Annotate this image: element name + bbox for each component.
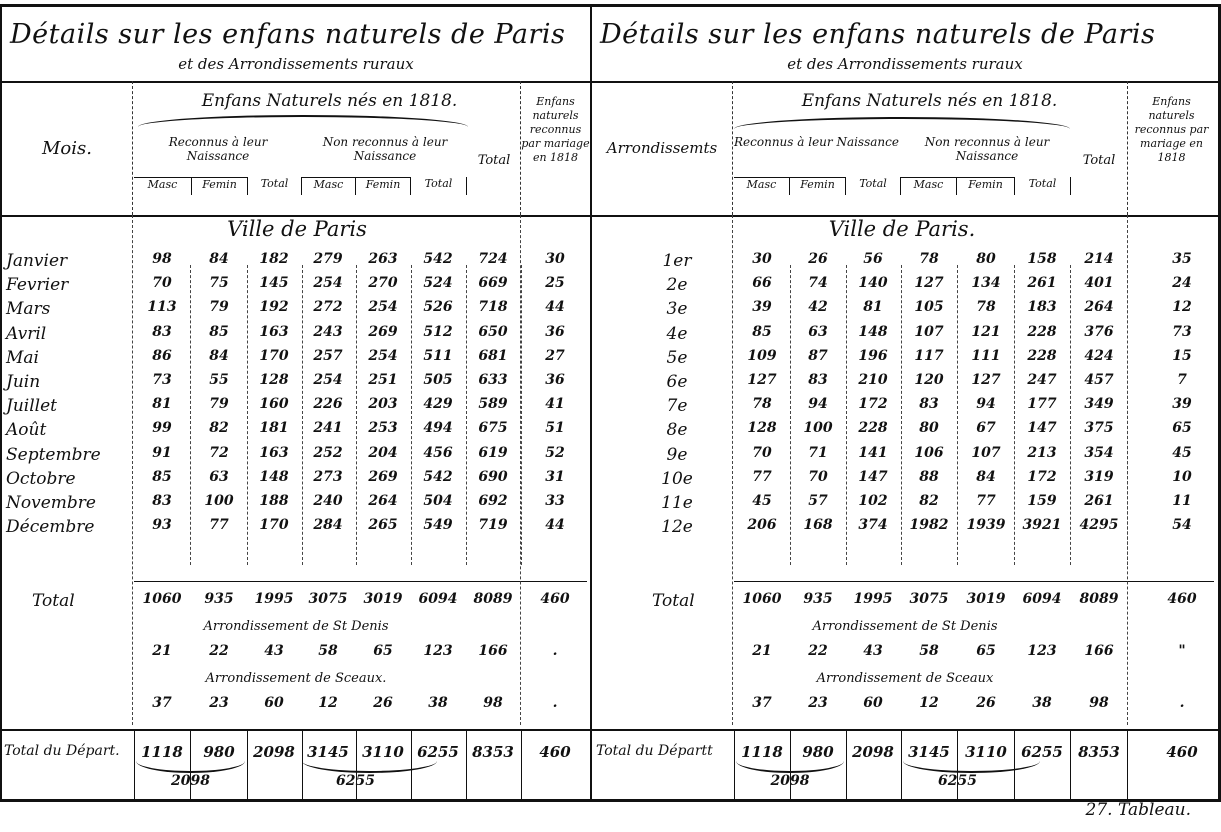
row-label: Juillet xyxy=(6,396,134,416)
table-row: Décembre937717028426554971944 xyxy=(2,517,590,539)
table-row: Septembre917216325220445661952 xyxy=(2,445,590,467)
column-rule xyxy=(1070,265,1071,565)
cell: 51 xyxy=(527,420,583,436)
cell: 1982 xyxy=(901,517,957,533)
page-subtitle: et des Arrondissements ruraux xyxy=(592,55,1218,73)
column-rule xyxy=(790,265,791,565)
cell: 254 xyxy=(300,372,356,388)
cell: 65 xyxy=(1154,420,1210,436)
table-row: Fevrier707514525427052466925 xyxy=(2,275,590,297)
cell: 82 xyxy=(901,493,957,509)
cell: 7 xyxy=(1154,372,1210,388)
cell: 87 xyxy=(790,348,846,364)
cell: 45 xyxy=(1154,445,1210,461)
leaf-header-femin: Femin xyxy=(957,177,1015,195)
cell: 252 xyxy=(300,445,356,461)
column-header: Mois. Enfans Naturels nés en 1818. Recon… xyxy=(2,81,590,217)
cell: 81 xyxy=(845,299,901,315)
cell: 177 xyxy=(1014,396,1070,412)
cell: 57 xyxy=(790,493,846,509)
column-rule xyxy=(1014,265,1015,565)
brace xyxy=(302,761,437,773)
cell: 100 xyxy=(191,493,247,509)
cell: 73 xyxy=(1154,324,1210,340)
row-label: 6e xyxy=(632,372,722,392)
cell: 109 xyxy=(734,348,790,364)
table-row: 4e856314810712122837673 xyxy=(592,324,1218,346)
table-by-arrondissement: Détails sur les enfans naturels de Paris… xyxy=(592,7,1221,799)
cell: 257 xyxy=(300,348,356,364)
cell: 203 xyxy=(355,396,411,412)
recognized-header: Reconnus à leur Naissance xyxy=(138,135,298,163)
cell: 8089 xyxy=(465,591,521,607)
cell: 1060 xyxy=(134,591,190,607)
cell: 251 xyxy=(355,372,411,388)
cell: 83 xyxy=(134,324,190,340)
grand-total-row: Total du Départ.111898020983145311062558… xyxy=(2,729,590,799)
cell: 54 xyxy=(1154,517,1210,533)
row-label: 7e xyxy=(632,396,722,416)
cell: 78 xyxy=(958,299,1014,315)
cell: 3075 xyxy=(300,591,356,607)
row-label: 2e xyxy=(632,275,722,295)
cell: 44 xyxy=(527,299,583,315)
cell: 247 xyxy=(1014,372,1070,388)
cell: 1995 xyxy=(246,591,302,607)
cell: 39 xyxy=(734,299,790,315)
leaf-header-total: Total xyxy=(846,177,901,195)
not-recognized-header: Non reconnus à leur Naissance xyxy=(302,135,468,163)
leaf-header-total: Total xyxy=(1015,177,1071,195)
cell: 263 xyxy=(355,251,411,267)
cell: 123 xyxy=(410,643,466,659)
cell: 681 xyxy=(465,348,521,364)
cell: 98 xyxy=(134,251,190,267)
cell: 429 xyxy=(410,396,466,412)
cell: 67 xyxy=(958,420,1014,436)
cell: 31 xyxy=(527,469,583,485)
cell: 3019 xyxy=(958,591,1014,607)
cell: 4295 xyxy=(1071,517,1127,533)
recognized-header: Reconnus à leur Naissance xyxy=(734,135,899,149)
cell: 117 xyxy=(901,348,957,364)
not-recognized-header: Non reconnus à leur Naissance xyxy=(902,135,1072,163)
row-label: Mai xyxy=(6,348,134,368)
leaf-header-femin: Femin xyxy=(790,177,846,195)
cell: 166 xyxy=(1071,643,1127,659)
table-row: 9e707114110610721335445 xyxy=(592,445,1218,467)
table-row: Avril838516324326951265036 xyxy=(2,324,590,346)
cell: 935 xyxy=(790,591,846,607)
cell: 183 xyxy=(1014,299,1070,315)
cell: 460 xyxy=(1154,591,1210,607)
cell: 65 xyxy=(355,643,411,659)
cell: 98 xyxy=(465,695,521,711)
column-rule xyxy=(734,731,735,799)
table-row: 10e7770147888417231910 xyxy=(592,469,1218,491)
brace xyxy=(903,761,1040,773)
cell: 254 xyxy=(355,348,411,364)
column-rule xyxy=(790,731,791,799)
cell: 120 xyxy=(901,372,957,388)
cell: 1118 xyxy=(734,743,790,761)
cell: 168 xyxy=(790,517,846,533)
cell: 88 xyxy=(901,469,957,485)
page-title: Détails sur les enfans naturels de Paris xyxy=(10,19,565,50)
cell: 6255 xyxy=(1014,743,1070,761)
column-rule xyxy=(247,265,248,565)
cell: 6094 xyxy=(410,591,466,607)
cell: 6094 xyxy=(1014,591,1070,607)
cell: 542 xyxy=(410,251,466,267)
cell: 78 xyxy=(734,396,790,412)
row-label: 8e xyxy=(632,420,722,440)
cell: 35 xyxy=(1154,251,1210,267)
total-header: Total xyxy=(1071,153,1127,168)
sceaux-row: 37236012263898. xyxy=(592,695,1218,717)
cell: 12 xyxy=(1154,299,1210,315)
column-rule xyxy=(901,731,902,799)
cell: . xyxy=(527,643,583,659)
cell: 147 xyxy=(1014,420,1070,436)
row-label: 5e xyxy=(632,348,722,368)
cell: 669 xyxy=(465,275,521,291)
cell: 100 xyxy=(790,420,846,436)
cell: 94 xyxy=(790,396,846,412)
cell: 84 xyxy=(191,251,247,267)
cell: 39 xyxy=(1154,396,1210,412)
cell: 170 xyxy=(246,348,302,364)
cell: 93 xyxy=(134,517,190,533)
cell: 77 xyxy=(191,517,247,533)
cell: 22 xyxy=(790,643,846,659)
column-rule xyxy=(1127,215,1128,725)
cell: 58 xyxy=(901,643,957,659)
cell: 8089 xyxy=(1071,591,1127,607)
cell: 980 xyxy=(191,743,247,761)
cell: 181 xyxy=(246,420,302,436)
cell: 123 xyxy=(1014,643,1070,659)
cell: 3921 xyxy=(1014,517,1070,533)
cell: 163 xyxy=(246,324,302,340)
row-label: Août xyxy=(6,420,134,440)
column-header: Arrondissemts Enfans Naturels nés en 181… xyxy=(592,81,1218,217)
cell: 148 xyxy=(845,324,901,340)
row-label: Total du Départt xyxy=(596,743,713,759)
leaf-header-masc: Masc xyxy=(901,177,957,195)
cell: 102 xyxy=(845,493,901,509)
column-rule xyxy=(1014,731,1015,799)
cell: 460 xyxy=(527,591,583,607)
table-row: 12e206168374198219393921429554 xyxy=(592,517,1218,539)
cell: 78 xyxy=(901,251,957,267)
cell: 41 xyxy=(527,396,583,412)
cell: 43 xyxy=(845,643,901,659)
cell: 460 xyxy=(527,743,583,761)
cell: . xyxy=(1154,695,1210,711)
column-rule xyxy=(957,265,958,565)
subsection-st-denis: Arrondissement de St Denis xyxy=(2,619,590,634)
column-rule xyxy=(732,215,733,725)
cell: 91 xyxy=(134,445,190,461)
cell: 226 xyxy=(300,396,356,412)
cell: 279 xyxy=(300,251,356,267)
cell: 75 xyxy=(191,275,247,291)
row-label: Décembre xyxy=(6,517,134,537)
cell: 71 xyxy=(790,445,846,461)
cell: 30 xyxy=(734,251,790,267)
cell: 43 xyxy=(246,643,302,659)
cell: 196 xyxy=(845,348,901,364)
cell: 56 xyxy=(845,251,901,267)
cell: 128 xyxy=(246,372,302,388)
row-label: 12e xyxy=(632,517,722,537)
cell: 27 xyxy=(527,348,583,364)
cell: 70 xyxy=(134,275,190,291)
cell: 589 xyxy=(465,396,521,412)
cell: 63 xyxy=(191,469,247,485)
column-rule xyxy=(302,731,303,799)
cell: 63 xyxy=(790,324,846,340)
cell: 3019 xyxy=(355,591,411,607)
cell: 79 xyxy=(191,396,247,412)
row-label: 10e xyxy=(632,469,722,489)
cell: 424 xyxy=(1071,348,1127,364)
cell: 3110 xyxy=(355,743,411,761)
cell: 253 xyxy=(355,420,411,436)
cell: 23 xyxy=(191,695,247,711)
row-label: 4e xyxy=(632,324,722,344)
table-row: Juillet817916022620342958941 xyxy=(2,396,590,418)
cell: 456 xyxy=(410,445,466,461)
cell: 83 xyxy=(134,493,190,509)
cell: 724 xyxy=(465,251,521,267)
cell: 524 xyxy=(410,275,466,291)
cell: 542 xyxy=(410,469,466,485)
cell: 21 xyxy=(134,643,190,659)
cell: 349 xyxy=(1071,396,1127,412)
cell: 21 xyxy=(734,643,790,659)
cell: 23 xyxy=(790,695,846,711)
cell: 15 xyxy=(1154,348,1210,364)
cell: 85 xyxy=(734,324,790,340)
cell: 241 xyxy=(300,420,356,436)
cell: 214 xyxy=(1071,251,1127,267)
cell: 269 xyxy=(355,324,411,340)
cell: 12 xyxy=(300,695,356,711)
cell: 83 xyxy=(790,372,846,388)
group-title: Enfans Naturels nés en 1818. xyxy=(737,91,1122,111)
table-row: Mars1137919227225452671844 xyxy=(2,299,590,321)
cell: 935 xyxy=(191,591,247,607)
cell: 10 xyxy=(1154,469,1210,485)
table-row: 3e3942811057818326412 xyxy=(592,299,1218,321)
leaf-header-masc: Masc xyxy=(734,177,790,195)
cell: 619 xyxy=(465,445,521,461)
cell: 42 xyxy=(790,299,846,315)
sceaux-row: 37236012263898. xyxy=(2,695,590,717)
cell: 270 xyxy=(355,275,411,291)
cell: 264 xyxy=(355,493,411,509)
cell: 25 xyxy=(527,275,583,291)
cell: 375 xyxy=(1071,420,1127,436)
cell: 80 xyxy=(958,251,1014,267)
cell: 494 xyxy=(410,420,466,436)
cell: 2098 xyxy=(845,743,901,761)
cell: 8353 xyxy=(465,743,521,761)
row-label: Juin xyxy=(6,372,134,392)
cell: 113 xyxy=(134,299,190,315)
st-denis-row: 2122435865123166. xyxy=(2,643,590,665)
table-row: 11e4557102827715926111 xyxy=(592,493,1218,515)
cell: 127 xyxy=(958,372,1014,388)
column-rule xyxy=(134,731,135,799)
total-header: Total xyxy=(468,153,520,168)
cell: 675 xyxy=(465,420,521,436)
cell: 166 xyxy=(465,643,521,659)
row-label: Janvier xyxy=(6,251,134,271)
cell: 980 xyxy=(790,743,846,761)
cell: 99 xyxy=(134,420,190,436)
cell: 210 xyxy=(845,372,901,388)
cell: 261 xyxy=(1071,493,1127,509)
cell: 70 xyxy=(734,445,790,461)
cell: 79 xyxy=(191,299,247,315)
cell: 80 xyxy=(901,420,957,436)
cell: 85 xyxy=(191,324,247,340)
cell: 26 xyxy=(355,695,411,711)
cell: 272 xyxy=(300,299,356,315)
cell: 127 xyxy=(734,372,790,388)
cell: 26 xyxy=(958,695,1014,711)
cell: 3075 xyxy=(901,591,957,607)
cell: 504 xyxy=(410,493,466,509)
cell: 376 xyxy=(1071,324,1127,340)
cell: 182 xyxy=(246,251,302,267)
column-rule xyxy=(901,265,902,565)
st-denis-row: 2122435865123166" xyxy=(592,643,1218,665)
row-label: Octobre xyxy=(6,469,134,489)
cell: 82 xyxy=(191,420,247,436)
cell: 37 xyxy=(134,695,190,711)
cell: 213 xyxy=(1014,445,1070,461)
table-number-caption: 27. Tableau. xyxy=(1086,800,1191,820)
total-row: Total106093519953075301960948089460 xyxy=(592,591,1218,613)
total-rule xyxy=(734,581,1214,582)
legitimized-header: Enfans naturels reconnus par mariage en … xyxy=(1127,81,1215,215)
cell: 26 xyxy=(790,251,846,267)
cell: 718 xyxy=(465,299,521,315)
cell: 526 xyxy=(410,299,466,315)
cell: 374 xyxy=(845,517,901,533)
cell: 6255 xyxy=(410,743,466,761)
cell: 269 xyxy=(355,469,411,485)
cell: 228 xyxy=(1014,348,1070,364)
column-rule xyxy=(521,731,522,799)
row-label: 3e xyxy=(632,299,722,319)
table-row: 5e1098719611711122842415 xyxy=(592,348,1218,370)
cell: 134 xyxy=(958,275,1014,291)
cell: 228 xyxy=(845,420,901,436)
table-row: Août998218124125349467551 xyxy=(2,420,590,442)
subsection-st-denis: Arrondissement de St Denis xyxy=(592,619,1218,634)
cell: 319 xyxy=(1071,469,1127,485)
leaf-header-masc: Masc xyxy=(302,177,356,195)
cell: 36 xyxy=(527,324,583,340)
cell: 74 xyxy=(790,275,846,291)
table-row: Mai868417025725451168127 xyxy=(2,348,590,370)
cell: 11 xyxy=(1154,493,1210,509)
cell: 160 xyxy=(246,396,302,412)
cell: 254 xyxy=(355,299,411,315)
leaf-header-masc: Masc xyxy=(134,177,192,195)
leaf-header-femin: Femin xyxy=(192,177,248,195)
cell: 511 xyxy=(410,348,466,364)
cell: 37 xyxy=(734,695,790,711)
cell: 140 xyxy=(845,275,901,291)
column-rule xyxy=(132,215,133,725)
cell: 36 xyxy=(527,372,583,388)
cell: 1939 xyxy=(958,517,1014,533)
cell: 30 xyxy=(527,251,583,267)
cell: 33 xyxy=(527,493,583,509)
brace xyxy=(734,117,1070,129)
cell: 70 xyxy=(790,469,846,485)
subsection-sceaux: Arrondissement de Sceaux xyxy=(592,671,1218,686)
column-rule xyxy=(520,215,521,725)
cell: 170 xyxy=(246,517,302,533)
row-header-arrondissements: Arrondissemts xyxy=(592,81,733,215)
cell: 12 xyxy=(901,695,957,711)
cell: 8353 xyxy=(1071,743,1127,761)
cell: 105 xyxy=(901,299,957,315)
subsection-sceaux: Arrondissement de Sceaux. xyxy=(2,671,590,686)
cell: 111 xyxy=(958,348,1014,364)
row-label: Total du Départ. xyxy=(4,743,120,759)
column-rule xyxy=(356,731,357,799)
cell: 206 xyxy=(734,517,790,533)
column-rule xyxy=(1127,731,1128,799)
cell: 284 xyxy=(300,517,356,533)
table-by-month: Détails sur les enfans naturels de Paris… xyxy=(0,7,592,799)
cell: 254 xyxy=(300,275,356,291)
column-rule xyxy=(411,265,412,565)
cell: 633 xyxy=(465,372,521,388)
table-row: Janvier988418227926354272430 xyxy=(2,251,590,273)
cell: 107 xyxy=(958,445,1014,461)
cell: 107 xyxy=(901,324,957,340)
page-title: Détails sur les enfans naturels de Paris xyxy=(600,19,1155,50)
cell: 188 xyxy=(246,493,302,509)
row-header-months: Mois. xyxy=(2,81,133,215)
title-box: Détails sur les enfans naturels de Paris… xyxy=(2,7,590,83)
column-rule xyxy=(846,731,847,799)
column-rule xyxy=(411,731,412,799)
column-rule xyxy=(190,731,191,799)
column-rule xyxy=(1070,731,1071,799)
cell: . xyxy=(527,695,583,711)
legitimized-header: Enfans naturels reconnus par mariage en … xyxy=(520,81,590,215)
cell: 240 xyxy=(300,493,356,509)
cell: 148 xyxy=(246,469,302,485)
cell: 106 xyxy=(901,445,957,461)
cell: 60 xyxy=(845,695,901,711)
cell: 83 xyxy=(901,396,957,412)
row-label: Novembre xyxy=(6,493,134,513)
leaf-header-total: Total xyxy=(411,177,467,195)
column-rule xyxy=(302,265,303,565)
table-row: Juin735512825425150563336 xyxy=(2,372,590,394)
